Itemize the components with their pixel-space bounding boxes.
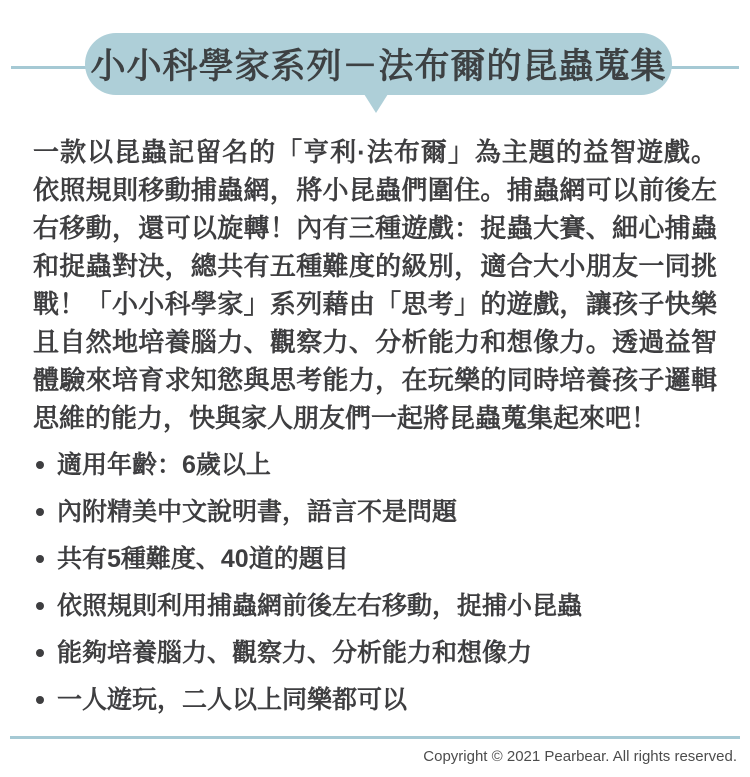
list-item: 內附精美中文說明書，語言不是問題 xyxy=(36,499,726,525)
list-item: 共有5種難度、40道的題目 xyxy=(36,546,726,572)
feature-text: 內附精美中文說明書，語言不是問題 xyxy=(57,498,457,526)
feature-text: 依照規則利用捕蟲網前後左右移動，捉捕小昆蟲 xyxy=(57,592,582,620)
banner-pointer-triangle xyxy=(364,94,388,113)
title-banner: 小小科學家系列－法布爾的昆蟲蒐集 xyxy=(85,33,672,95)
bullet-dot-icon xyxy=(36,461,44,469)
product-description: 一款以昆蟲記留名的「亨利·法布爾」為主題的益智遊戲。依照規則移動捕蟲網，將小昆蟲… xyxy=(33,133,717,437)
page-title: 小小科學家系列－法布爾的昆蟲蒐集 xyxy=(90,39,666,89)
footer-rule-line xyxy=(10,736,740,739)
list-item: 依照規則利用捕蟲網前後左右移動，捉捕小昆蟲 xyxy=(36,593,726,619)
bullet-dot-icon xyxy=(36,602,44,610)
list-item: 適用年齡：6歲以上 xyxy=(36,452,726,478)
feature-text: 一人遊玩，二人以上同樂都可以 xyxy=(57,686,407,714)
bullet-dot-icon xyxy=(36,555,44,563)
feature-text: 適用年齡：6歲以上 xyxy=(57,451,271,479)
list-item: 能夠培養腦力、觀察力、分析能力和想像力 xyxy=(36,640,726,666)
bullet-dot-icon xyxy=(36,649,44,657)
bullet-dot-icon xyxy=(36,508,44,516)
bullet-dot-icon xyxy=(36,696,44,704)
feature-text: 共有5種難度、40道的題目 xyxy=(57,545,349,573)
feature-text: 能夠培養腦力、觀察力、分析能力和想像力 xyxy=(57,639,532,667)
copyright-notice: Copyright © 2021 Pearbear. All rights re… xyxy=(423,748,737,765)
list-item: 一人遊玩，二人以上同樂都可以 xyxy=(36,687,726,713)
feature-list: 適用年齡：6歲以上 內附精美中文說明書，語言不是問題 共有5種難度、40道的題目… xyxy=(36,452,726,734)
